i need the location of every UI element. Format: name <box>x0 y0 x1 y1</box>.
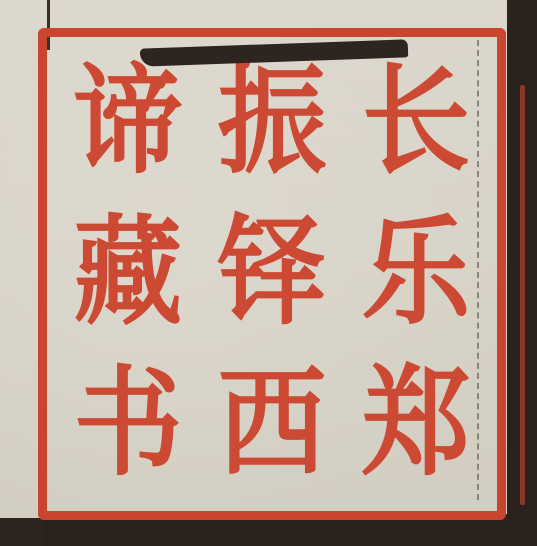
seal-character: 乐 <box>350 202 482 350</box>
seal-character: 谛 <box>62 51 194 199</box>
dark-bottom-left-edge <box>0 518 44 546</box>
outer-red-border-line <box>520 85 525 505</box>
seal-inscription: 长 乐 郑 振 铎 西 谛 藏 书 <box>56 50 488 502</box>
seal-character: 长 <box>350 51 482 199</box>
seal-column-middle: 振 铎 西 <box>200 50 344 502</box>
seal-character: 振 <box>206 51 338 199</box>
seal-photograph: 长 乐 郑 振 铎 西 谛 藏 书 <box>0 0 537 546</box>
seal-character: 郑 <box>350 353 482 501</box>
seal-column-right: 长 乐 郑 <box>344 50 488 502</box>
seal-character: 藏 <box>62 202 194 350</box>
seal-character: 铎 <box>206 202 338 350</box>
seal-column-left: 谛 藏 书 <box>56 50 200 502</box>
seal-character: 书 <box>62 353 194 501</box>
seal-character: 西 <box>206 353 338 501</box>
